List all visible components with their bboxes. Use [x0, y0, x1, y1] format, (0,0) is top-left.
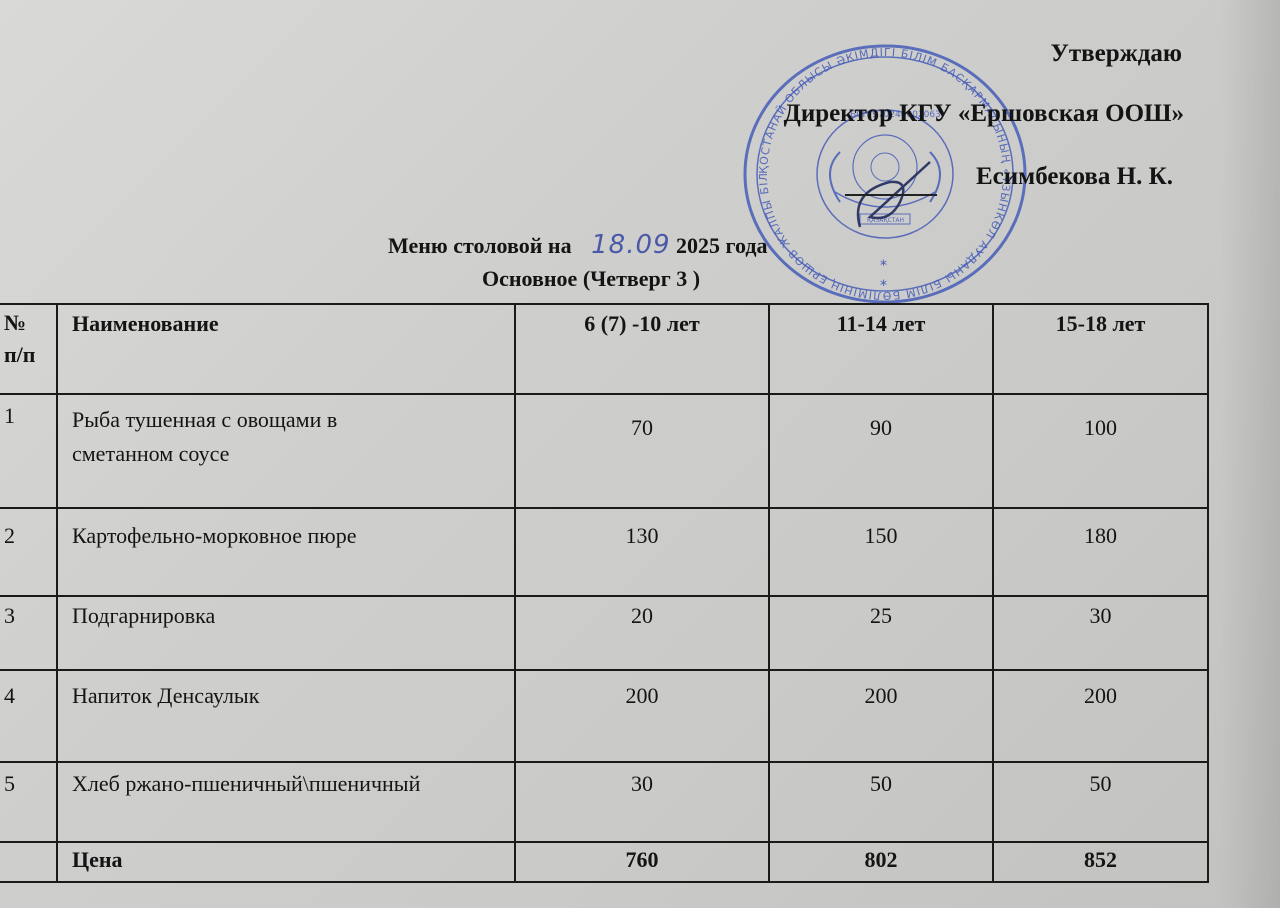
- portion-15-18: 200: [993, 670, 1208, 762]
- paper-shadow: [1220, 0, 1280, 908]
- row-number: 2: [0, 508, 57, 596]
- dish-name: Рыба тушенная с овощами в сметанном соус…: [57, 394, 515, 508]
- portion-11-14: 50: [769, 762, 993, 842]
- table-header-row: № п/п Наименование 6 (7) -10 лет 11-14 л…: [0, 304, 1208, 394]
- col-header-age-11-14: 11-14 лет: [769, 304, 993, 394]
- portion-15-18: 100: [993, 394, 1208, 508]
- dish-name: Хлеб ржано-пшеничный\пшеничный: [57, 762, 515, 842]
- col-header-name: Наименование: [57, 304, 515, 394]
- page-title: Меню столовой на 18.09 2025 года: [388, 230, 767, 260]
- dish-name: Напиток Денсаулык: [57, 670, 515, 762]
- dish-name: Картофельно-морковное пюре: [57, 508, 515, 596]
- title-suffix: 2025 года: [676, 233, 767, 258]
- col-header-number: № п/п: [0, 304, 57, 394]
- table-row: 2 Картофельно-морковное пюре 130 150 180: [0, 508, 1208, 596]
- portion-11-14: 90: [769, 394, 993, 508]
- menu-table: № п/п Наименование 6 (7) -10 лет 11-14 л…: [0, 303, 1209, 883]
- row-number: 1: [0, 394, 57, 508]
- svg-text:*: *: [880, 258, 887, 274]
- portion-6-10: 20: [515, 596, 769, 670]
- svg-text:*: *: [880, 278, 887, 294]
- handwritten-date: 18.09: [591, 230, 670, 260]
- col-header-age-15-18: 15-18 лет: [993, 304, 1208, 394]
- portion-11-14: 200: [769, 670, 993, 762]
- portion-15-18: 50: [993, 762, 1208, 842]
- portion-6-10: 130: [515, 508, 769, 596]
- dish-name: Подгарнировка: [57, 596, 515, 670]
- title-prefix: Меню столовой на: [388, 233, 572, 258]
- total-label: Цена: [57, 842, 515, 882]
- row-number: 3: [0, 596, 57, 670]
- page-subtitle: Основное (Четверг 3 ): [482, 266, 700, 292]
- portion-6-10: 200: [515, 670, 769, 762]
- portion-6-10: 70: [515, 394, 769, 508]
- svg-text:ҚОСТАНАЙ ОБЛЫСЫ ӘКІМДІГІ БІЛІМ: ҚОСТАНАЙ ОБЛЫСЫ ӘКІМДІГІ БІЛІМ БАСҚАРМАС…: [740, 42, 1013, 302]
- portion-15-18: 30: [993, 596, 1208, 670]
- svg-text:ҚАЗАҚСТАН: ҚАЗАҚСТАН: [867, 217, 904, 224]
- portion-11-14: 150: [769, 508, 993, 596]
- price-6-10: 760: [515, 842, 769, 882]
- portion-6-10: 30: [515, 762, 769, 842]
- price-15-18: 852: [993, 842, 1208, 882]
- table-row: 1 Рыба тушенная с овощами в сметанном со…: [0, 394, 1208, 508]
- table-row: 4 Напиток Денсаулык 200 200 200: [0, 670, 1208, 762]
- price-11-14: 802: [769, 842, 993, 882]
- total-empty-cell: [0, 842, 57, 882]
- signatory-name: Есимбекова Н. К.: [976, 163, 1173, 191]
- director-line: Директор КГУ «Ершовская ООШ»: [784, 100, 1184, 128]
- portion-15-18: 180: [993, 508, 1208, 596]
- table-row: 5 Хлеб ржано-пшеничный\пшеничный 30 50 5…: [0, 762, 1208, 842]
- total-price-row: Цена 760 802 852: [0, 842, 1208, 882]
- portion-11-14: 25: [769, 596, 993, 670]
- signature-line: [845, 194, 937, 196]
- approve-label: Утверждаю: [1050, 40, 1182, 68]
- col-header-age-6-10: 6 (7) -10 лет: [515, 304, 769, 394]
- row-number: 4: [0, 670, 57, 762]
- row-number: 5: [0, 762, 57, 842]
- table-row: 3 Подгарнировка 20 25 30: [0, 596, 1208, 670]
